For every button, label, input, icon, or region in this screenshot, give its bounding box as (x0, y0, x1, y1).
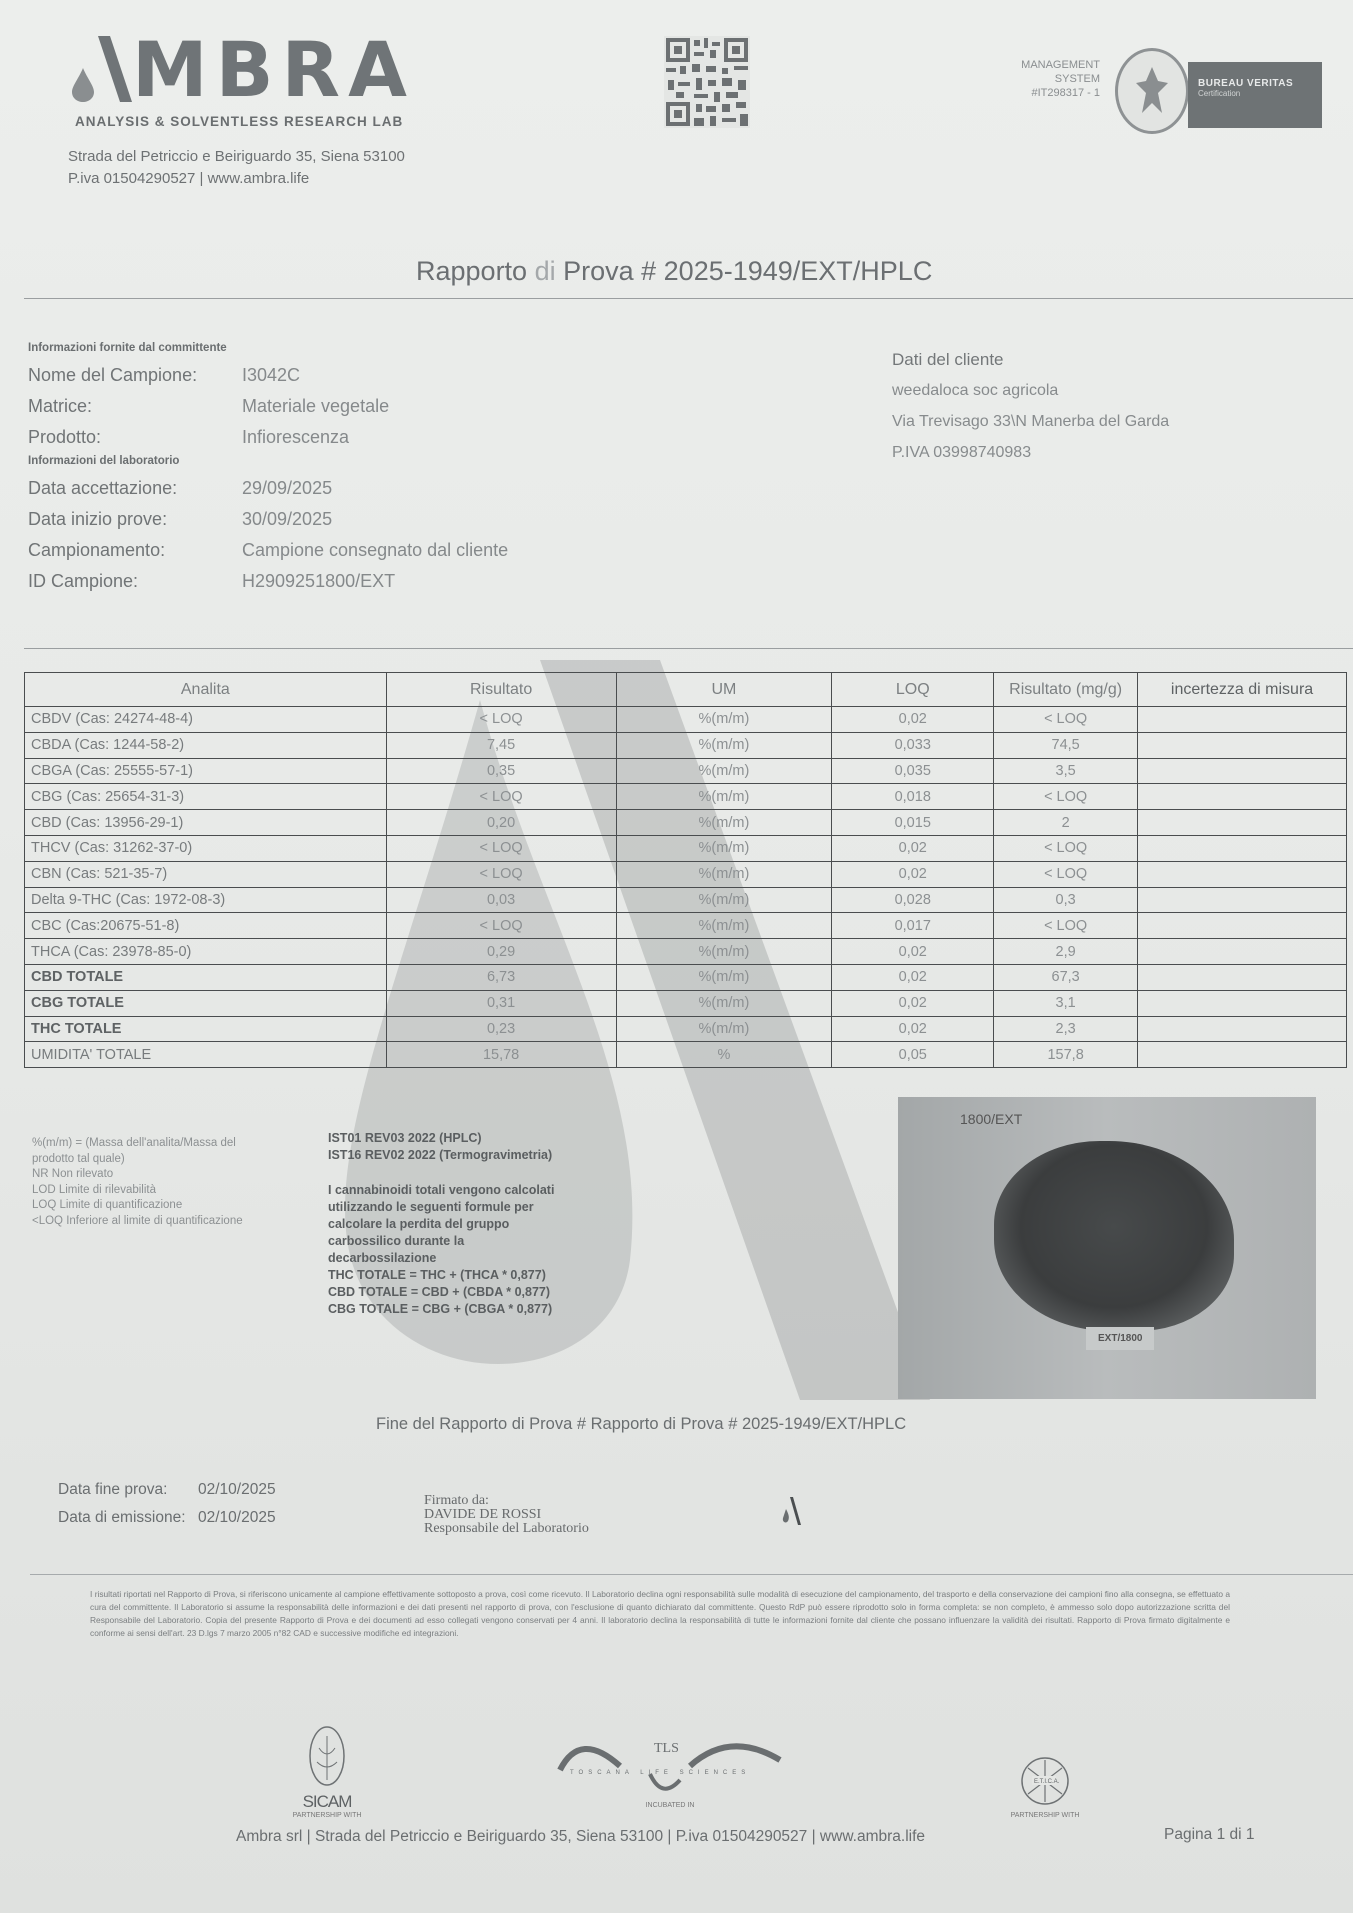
etica-logo-icon: E.T.I.C.A. (1020, 1756, 1070, 1806)
legend-line: NR Non rilevato (32, 1167, 243, 1183)
table-row: CBDV (Cas: 24274-48-4)< LOQ%(m/m)0,02< L… (25, 707, 1347, 733)
unit-cell: %(m/m) (616, 964, 832, 990)
title-number: Prova # 2025-1949/EXT/HPLC (563, 256, 932, 286)
legend-line: LOD Limite di rilevabilità (32, 1183, 243, 1199)
field-value: Materiale vegetale (242, 396, 389, 417)
field-value: Infiorescenza (242, 427, 349, 448)
analyte-cell: THCA (Cas: 23978-85-0) (25, 939, 387, 965)
loq-cell: 0,02 (832, 990, 994, 1016)
column-header: Risultato (386, 673, 616, 707)
title-connector: di (527, 256, 563, 286)
info-row: Data accettazione:29/09/2025 (28, 473, 508, 504)
method-explanation-line: decarbossilazione (328, 1250, 554, 1267)
unit-cell: %(m/m) (616, 732, 832, 758)
loq-cell: 0,02 (832, 835, 994, 861)
loq-cell: 0,05 (832, 1042, 994, 1068)
info-row: Nome del Campione:I3042C (28, 360, 508, 391)
result-cell: 0,35 (386, 758, 616, 784)
field-value: 30/09/2025 (242, 509, 332, 530)
column-header: LOQ (832, 673, 994, 707)
end-date-value: 02/10/2025 (198, 1476, 276, 1504)
uncertainty-cell (1138, 758, 1347, 784)
loq-cell: 0,028 (832, 887, 994, 913)
client-name: weedaloca soc agricola (892, 375, 1169, 406)
title-divider (24, 298, 1353, 299)
table-row: CBN (Cas: 521-35-7)< LOQ%(m/m)0,02< LOQ (25, 861, 1347, 887)
analyte-cell: CBGA (Cas: 25555-57-1) (25, 758, 387, 784)
slash-icon (98, 36, 132, 102)
field-label: Prodotto: (28, 427, 242, 448)
result-mg-g-cell: 74,5 (994, 732, 1138, 758)
legend-line: prodotto tal quale) (32, 1152, 243, 1168)
page-number: Pagina 1 di 1 (1164, 1826, 1255, 1844)
table-row: UMIDITA' TOTALE15,78%0,05157,8 (25, 1042, 1347, 1068)
logo-subtitle: ANALYSIS & SOLVENTLESS RESEARCH LAB (75, 114, 415, 129)
result-cell: 0,03 (386, 887, 616, 913)
loq-cell: 0,018 (832, 784, 994, 810)
svg-text:E.T.I.C.A.: E.T.I.C.A. (1034, 1779, 1060, 1785)
result-cell: 0,29 (386, 939, 616, 965)
field-label: Data inizio prove: (28, 509, 242, 530)
field-value: Campione consegnato dal cliente (242, 540, 508, 561)
total-formula: CBG TOTALE = CBG + (CBGA * 0,877) (328, 1301, 554, 1318)
analyte-cell: CBN (Cas: 521-35-7) (25, 861, 387, 887)
table-row: CBDA (Cas: 1244-58-2)7,45%(m/m)0,03374,5 (25, 732, 1347, 758)
drop-icon (72, 68, 94, 102)
cannabis-flower-image (994, 1141, 1234, 1331)
cert-line: SYSTEM (980, 72, 1100, 86)
analyte-cell: Delta 9-THC (Cas: 1972-08-3) (25, 887, 387, 913)
unit-cell: % (616, 1042, 832, 1068)
unit-cell: %(m/m) (616, 707, 832, 733)
loq-cell: 0,02 (832, 964, 994, 990)
table-top-divider (24, 648, 1353, 649)
total-formula: THC TOTALE = THC + (THCA * 0,877) (328, 1267, 554, 1284)
loq-cell: 0,035 (832, 758, 994, 784)
legend-line: LOQ Limite di quantificazione (32, 1198, 243, 1214)
bureau-veritas-seal-icon (1115, 48, 1189, 134)
column-header: incertezza di misura (1138, 673, 1347, 707)
loq-cell: 0,033 (832, 732, 994, 758)
info-row: ID Campione:H2909251800/EXT (28, 566, 508, 597)
info-row: Prodotto:Infiorescenza (28, 422, 508, 453)
end-date-label: Data fine prova: (58, 1476, 198, 1504)
result-cell: < LOQ (386, 913, 616, 939)
results-table: AnalitaRisultatoUMLOQRisultato (mg/g)inc… (24, 672, 1347, 1068)
result-cell: 0,23 (386, 1016, 616, 1042)
unit-cell: %(m/m) (616, 835, 832, 861)
signer-name: DAVIDE DE ROSSI (424, 1508, 589, 1522)
analyte-cell: CBDV (Cas: 24274-48-4) (25, 707, 387, 733)
analyte-cell: CBD TOTALE (25, 964, 387, 990)
method-thermogravimetry: IST16 REV02 2022 (Termogravimetria) (328, 1147, 554, 1164)
analyte-cell: CBG (Cas: 25654-31-3) (25, 784, 387, 810)
table-row: THCV (Cas: 31262-37-0)< LOQ%(m/m)0,02< L… (25, 835, 1347, 861)
unit-cell: %(m/m) (616, 887, 832, 913)
result-mg-g-cell: < LOQ (994, 784, 1138, 810)
result-mg-g-cell: 0,3 (994, 887, 1138, 913)
table-row: Delta 9-THC (Cas: 1972-08-3)0,03%(m/m)0,… (25, 887, 1347, 913)
analyte-cell: CBDA (Cas: 1244-58-2) (25, 732, 387, 758)
method-explanation-line: utilizzando le seguenti formule per (328, 1199, 554, 1216)
sample-info: Informazioni fornite dal committente Nom… (28, 340, 508, 597)
method-hplc: IST01 REV03 2022 (HPLC) (328, 1130, 554, 1147)
unit-cell: %(m/m) (616, 758, 832, 784)
table-header-row: AnalitaRisultatoUMLOQRisultato (mg/g)inc… (25, 673, 1347, 707)
loq-cell: 0,02 (832, 707, 994, 733)
result-mg-g-cell: < LOQ (994, 861, 1138, 887)
field-value: H2909251800/EXT (242, 571, 395, 592)
result-mg-g-cell: < LOQ (994, 913, 1138, 939)
result-cell: 6,73 (386, 964, 616, 990)
result-mg-g-cell: 3,5 (994, 758, 1138, 784)
legal-disclaimer: I risultati riportati nel Rapporto di Pr… (90, 1588, 1230, 1640)
client-vat: P.IVA 03998740983 (892, 437, 1169, 468)
info-row: Data inizio prove:30/09/2025 (28, 504, 508, 535)
analyte-cell: CBC (Cas:20675-51-8) (25, 913, 387, 939)
result-mg-g-cell: 2,3 (994, 1016, 1138, 1042)
unit-cell: %(m/m) (616, 1016, 832, 1042)
partner-tls: TLS TOSCANA LIFE SCIENCES INCUBATED IN (550, 1730, 790, 1809)
unit-cell: %(m/m) (616, 810, 832, 836)
uncertainty-cell (1138, 861, 1347, 887)
client-info: Dati del cliente weedaloca soc agricola … (892, 344, 1169, 468)
total-formula: CBD TOTALE = CBD + (CBDA * 0,877) (328, 1284, 554, 1301)
unit-cell: %(m/m) (616, 861, 832, 887)
table-row: THCA (Cas: 23978-85-0)0,29%(m/m)0,022,9 (25, 939, 1347, 965)
etica-caption: PARTNERSHIP WITH (990, 1812, 1100, 1819)
table-row: CBD TOTALE6,73%(m/m)0,0267,3 (25, 964, 1347, 990)
footer-address: Ambra srl | Strada del Petriccio e Beiri… (236, 1828, 925, 1846)
legend-line: %(m/m) = (Massa dell'analita/Massa del (32, 1136, 243, 1152)
uncertainty-cell (1138, 1016, 1347, 1042)
result-mg-g-cell: < LOQ (994, 707, 1138, 733)
vat-website-line: P.iva 01504290527 | www.ambra.life (68, 168, 405, 190)
table-row: CBC (Cas:20675-51-8)< LOQ%(m/m)0,017< LO… (25, 913, 1347, 939)
report-page: MBRA ANALYSIS & SOLVENTLESS RESEARCH LAB… (0, 0, 1353, 1913)
sicam-caption: PARTNERSHIP WITH (272, 1812, 382, 1819)
result-cell: 7,45 (386, 732, 616, 758)
field-label: Campionamento: (28, 540, 242, 561)
uncertainty-cell (1138, 732, 1347, 758)
loq-cell: 0,02 (832, 1016, 994, 1042)
cert-number: #IT298317 - 1 (980, 86, 1100, 100)
sicam-name: SICAM (272, 1792, 382, 1812)
lab-address: Strada del Petriccio e Beiriguardo 35, S… (68, 146, 405, 190)
svg-text:TOSCANA LIFE SCIENCES: TOSCANA LIFE SCIENCES (570, 1770, 750, 1776)
field-label: Matrice: (28, 396, 242, 417)
methods-notes: IST01 REV03 2022 (HPLC) IST16 REV02 2022… (328, 1130, 554, 1318)
column-header: Risultato (mg/g) (994, 673, 1138, 707)
qr-code-icon[interactable] (664, 36, 750, 128)
table-row: CBGA (Cas: 25555-57-1)0,35%(m/m)0,0353,5 (25, 758, 1347, 784)
unit-cell: %(m/m) (616, 939, 832, 965)
logo-text: MBRA (132, 38, 415, 102)
svg-text:TLS: TLS (654, 1741, 679, 1756)
loq-cell: 0,015 (832, 810, 994, 836)
section-client-info: Informazioni fornite dal committente (28, 342, 508, 354)
field-label: Data accettazione: (28, 478, 242, 499)
result-cell: < LOQ (386, 861, 616, 887)
uncertainty-cell (1138, 835, 1347, 861)
uncertainty-cell (1138, 990, 1347, 1016)
issue-date-value: 02/10/2025 (198, 1504, 276, 1532)
uncertainty-cell (1138, 810, 1347, 836)
table-row: CBG TOTALE0,31%(m/m)0,023,1 (25, 990, 1347, 1016)
column-header: Analita (25, 673, 387, 707)
analyte-cell: CBG TOTALE (25, 990, 387, 1016)
result-mg-g-cell: 2,9 (994, 939, 1138, 965)
report-title: Rapporto di Prova # 2025-1949/EXT/HPLC (416, 256, 932, 287)
uncertainty-cell (1138, 1042, 1347, 1068)
analyte-cell: THC TOTALE (25, 1016, 387, 1042)
result-mg-g-cell: 157,8 (994, 1042, 1138, 1068)
uncertainty-cell (1138, 939, 1347, 965)
bureau-veritas-label: BUREAU VERITAS Certification (1188, 62, 1322, 128)
unit-cell: %(m/m) (616, 784, 832, 810)
table-row: CBG (Cas: 25654-31-3)< LOQ%(m/m)0,018< L… (25, 784, 1347, 810)
uncertainty-cell (1138, 707, 1347, 733)
method-explanation-line: I cannabinoidi totali vengono calcolati (328, 1182, 554, 1199)
title-prefix: Rapporto (416, 256, 527, 286)
sicam-logo-icon (307, 1726, 347, 1790)
analyte-cell: UMIDITA' TOTALE (25, 1042, 387, 1068)
table-row: THC TOTALE0,23%(m/m)0,022,3 (25, 1016, 1347, 1042)
client-heading: Dati del cliente (892, 344, 1169, 375)
cert-brand-sub: Certification (1198, 89, 1312, 98)
section-lab-info: Informazioni del laboratorio (28, 455, 508, 467)
method-explanation-line: carbossilico durante la (328, 1233, 554, 1250)
tls-caption: INCUBATED IN (550, 1802, 790, 1809)
method-explanation-line: calcolare la perdita del gruppo (328, 1216, 554, 1233)
result-cell: < LOQ (386, 784, 616, 810)
result-mg-g-cell: 3,1 (994, 990, 1138, 1016)
result-mg-g-cell: 2 (994, 810, 1138, 836)
uncertainty-cell (1138, 887, 1347, 913)
field-label: ID Campione: (28, 571, 242, 592)
partner-sicam: SICAM PARTNERSHIP WITH (272, 1726, 382, 1819)
result-cell: 0,31 (386, 990, 616, 1016)
result-cell: 15,78 (386, 1042, 616, 1068)
field-label: Nome del Campione: (28, 365, 242, 386)
photo-label-top: 1800/EXT (960, 1111, 1022, 1127)
photo-tag-label: EXT/1800 (1086, 1327, 1154, 1350)
address-line: Strada del Petriccio e Beiriguardo 35, S… (68, 146, 405, 168)
info-row: Campionamento:Campione consegnato dal cl… (28, 535, 508, 566)
certification-text: MANAGEMENT SYSTEM #IT298317 - 1 (980, 58, 1100, 100)
analyte-cell: THCV (Cas: 31262-37-0) (25, 835, 387, 861)
legend-line: <LOQ Inferiore al limite di quantificazi… (32, 1214, 243, 1230)
signature-block: Firmato da: DAVIDE DE ROSSI Responsabile… (424, 1494, 589, 1536)
result-mg-g-cell: 67,3 (994, 964, 1138, 990)
tls-logo-icon: TLS TOSCANA LIFE SCIENCES (550, 1730, 790, 1800)
report-dates: Data fine prova:02/10/2025 Data di emiss… (58, 1476, 276, 1532)
ambra-signature-mark-icon (782, 1497, 802, 1525)
result-mg-g-cell: < LOQ (994, 835, 1138, 861)
signer-role: Responsabile del Laboratorio (424, 1522, 589, 1536)
abbreviations-legend: %(m/m) = (Massa dell'analita/Massa delpr… (32, 1136, 243, 1229)
loq-cell: 0,02 (832, 939, 994, 965)
result-cell: < LOQ (386, 707, 616, 733)
field-value: 29/09/2025 (242, 478, 332, 499)
unit-cell: %(m/m) (616, 913, 832, 939)
partner-etica: E.T.I.C.A. PARTNERSHIP WITH (990, 1756, 1100, 1819)
signed-by-label: Firmato da: (424, 1494, 589, 1508)
ambra-logo: MBRA ANALYSIS & SOLVENTLESS RESEARCH LAB (72, 36, 415, 129)
uncertainty-cell (1138, 784, 1347, 810)
result-cell: 0,20 (386, 810, 616, 836)
loq-cell: 0,017 (832, 913, 994, 939)
issue-date-label: Data di emissione: (58, 1504, 198, 1532)
analyte-cell: CBD (Cas: 13956-29-1) (25, 810, 387, 836)
field-value: I3042C (242, 365, 300, 386)
unit-cell: %(m/m) (616, 990, 832, 1016)
cert-brand: BUREAU VERITAS (1198, 78, 1312, 89)
cert-line: MANAGEMENT (980, 58, 1100, 72)
info-row: Matrice:Materiale vegetale (28, 391, 508, 422)
sample-photo: 1800/EXT EXT/1800 (898, 1097, 1316, 1399)
table-row: CBD (Cas: 13956-29-1)0,20%(m/m)0,0152 (25, 810, 1347, 836)
column-header: UM (616, 673, 832, 707)
uncertainty-cell (1138, 913, 1347, 939)
client-address: Via Trevisago 33\N Manerba del Garda (892, 406, 1169, 437)
disclaimer-divider (30, 1574, 1353, 1575)
end-of-report: Fine del Rapporto di Prova # Rapporto di… (376, 1415, 906, 1434)
loq-cell: 0,02 (832, 861, 994, 887)
result-cell: < LOQ (386, 835, 616, 861)
uncertainty-cell (1138, 964, 1347, 990)
